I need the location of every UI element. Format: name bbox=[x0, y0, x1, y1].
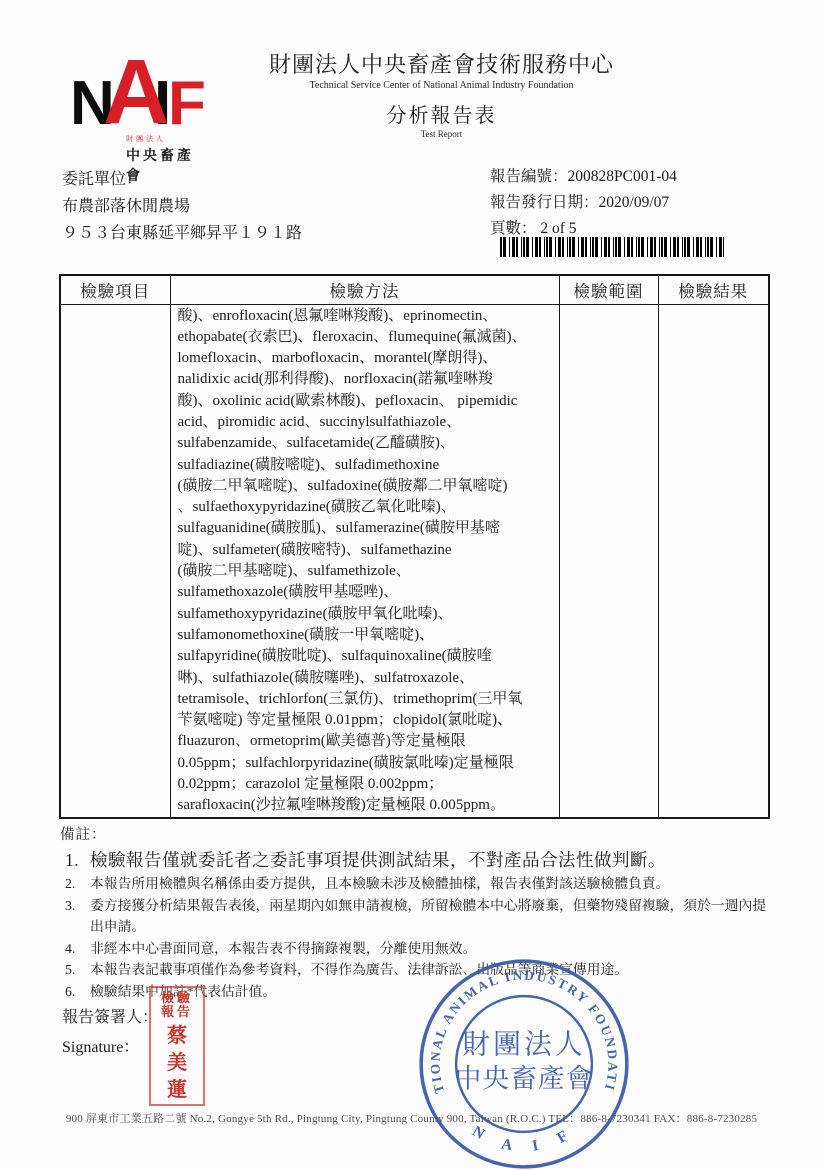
seal-name-text: 蔡美蓮 bbox=[165, 1023, 189, 1104]
footer-address: 900 屏東市工業五路二號 No.2, Gongye 5th Rd., Ping… bbox=[0, 1110, 823, 1126]
barcode bbox=[500, 237, 724, 257]
signer-label-en: Signature： bbox=[62, 1033, 158, 1063]
note-item-3: 3. 委方接獲分析結果報告表後，兩星期內如無申請複檢，所留檢體本中心將廢棄，但藥… bbox=[60, 895, 772, 938]
table-row: 酸)、enrofloxacin(恩氟喹啉羧酸)、eprinomectin、 et… bbox=[60, 304, 769, 818]
signer-seal-stamp: 檢驗報告 蔡美蓮 bbox=[149, 986, 205, 1106]
client-block: 委託單位： 布農部落休閒農場 ９５３台東縣延平鄉昇平１９１路 bbox=[62, 166, 302, 247]
stamp-center-line2: 中央畜產會 bbox=[455, 1064, 594, 1094]
client-name: 布農部落休閒農場 bbox=[62, 193, 302, 220]
foundation-round-stamp: NATIONAL ANIMAL INDUSTRY FOUNDATION N A … bbox=[416, 956, 632, 1170]
note-item-2: 2. 本報告所用檢體與名稱係由委方提供，且本檢驗未涉及檢體抽樣，報告表僅對該送驗… bbox=[60, 873, 772, 895]
note-text: 委方接獲分析結果報告表後，兩星期內如無申請複檢，所留檢體本中心將廢棄，但藥物殘留… bbox=[90, 895, 772, 938]
note-number: 5. bbox=[60, 959, 90, 981]
report-title-zh: 分析報告表 bbox=[160, 99, 723, 128]
report-number-label: 報告編號： bbox=[490, 168, 568, 185]
cell-item bbox=[60, 304, 170, 818]
signer-label-zh: 報告簽署人： bbox=[62, 1003, 158, 1033]
report-title-en: Test Report bbox=[160, 129, 723, 139]
stamp-center-line1: 財團法人 bbox=[462, 1030, 585, 1061]
note-number: 4. bbox=[60, 938, 90, 960]
cell-range bbox=[559, 304, 658, 818]
page-count-label: 頁數： bbox=[490, 220, 537, 237]
analysis-table: 檢驗項目 檢驗方法 檢驗範圍 檢驗結果 酸)、enrofloxacin(恩氟喹啉… bbox=[59, 274, 770, 819]
report-number-row: 報告編號：200828PC001-04 bbox=[490, 164, 677, 190]
svg-text:N A I F: N A I F bbox=[469, 1123, 578, 1156]
report-page: N A I F 財團法人 中央畜產會 財團法人中央畜產會技術服務中心 Techn… bbox=[0, 0, 823, 1170]
org-name-en: Technical Service Center of National Ani… bbox=[160, 80, 723, 91]
stamp-bottom-text: N A I F bbox=[469, 1123, 578, 1156]
col-header-method: 檢驗方法 bbox=[170, 275, 559, 304]
note-number: 2. bbox=[60, 873, 90, 895]
col-header-result: 檢驗結果 bbox=[658, 275, 769, 304]
cell-method: 酸)、enrofloxacin(恩氟喹啉羧酸)、eprinomectin、 et… bbox=[170, 304, 559, 818]
col-header-range: 檢驗範圍 bbox=[559, 275, 658, 304]
issue-date-label: 報告發行日期： bbox=[490, 194, 599, 211]
logo-letter-a: A bbox=[103, 40, 169, 145]
report-meta-block: 報告編號：200828PC001-04 報告發行日期：2020/09/07 頁數… bbox=[490, 164, 677, 242]
note-number: 3. bbox=[60, 895, 90, 917]
signature-block: 報告簽署人： Signature： bbox=[62, 1003, 158, 1063]
org-name-zh: 財團法人中央畜產會技術服務中心 bbox=[160, 48, 723, 79]
notes-label: 備註： bbox=[60, 823, 772, 844]
table-header-row: 檢驗項目 檢驗方法 檢驗範圍 檢驗結果 bbox=[60, 275, 769, 304]
client-label: 委託單位： bbox=[62, 166, 302, 193]
report-number-value: 200828PC001-04 bbox=[568, 168, 677, 185]
note-text: 本報告所用檢體與名稱係由委方提供，且本檢驗未涉及檢體抽樣，報告表僅對該送驗檢體負… bbox=[90, 873, 772, 895]
header-title-block: 財團法人中央畜產會技術服務中心 Technical Service Center… bbox=[160, 48, 723, 139]
col-header-item: 檢驗項目 bbox=[60, 275, 170, 304]
page-count-value: 2 of 5 bbox=[540, 220, 576, 237]
note-text: 檢驗報告僅就委託者之委託事項提供測試結果，不對產品合法性做判斷。 bbox=[90, 847, 772, 873]
cell-result bbox=[658, 304, 769, 818]
note-item-1: 1. 檢驗報告僅就委託者之委託事項提供測試結果，不對產品合法性做判斷。 bbox=[60, 847, 772, 873]
note-number: 6. bbox=[60, 981, 90, 1003]
client-address: ９５３台東縣延平鄉昇平１９１路 bbox=[62, 220, 302, 247]
seal-title-text: 檢驗報告 bbox=[161, 991, 193, 1019]
issue-date-row: 報告發行日期：2020/09/07 bbox=[490, 190, 677, 216]
issue-date-value: 2020/09/07 bbox=[599, 194, 670, 211]
note-number: 1. bbox=[60, 847, 90, 873]
